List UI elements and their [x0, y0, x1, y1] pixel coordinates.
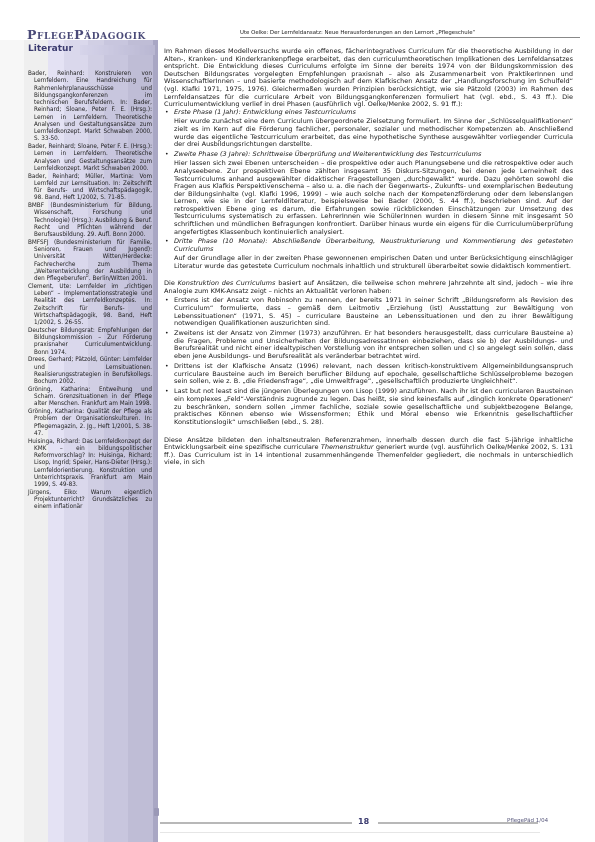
section-title-bar	[80, 45, 155, 55]
phase-body: Auf der Grundlage aller in der zweiten P…	[174, 255, 573, 270]
phase-item: Dritte Phase (10 Monate): Abschließende …	[164, 238, 573, 270]
phase-title: Erste Phase (1 Jahr): Entwicklung eines …	[174, 109, 573, 117]
journal-title: PflegePädagogik	[27, 27, 146, 42]
construction-paragraph: Die Konstruktion des Curriculums basiert…	[164, 280, 573, 295]
reference-item: Drees, Gerhard; Pätzold, Günter: Lernfel…	[28, 357, 152, 386]
phase-body: Hier lassen sich zwei Ebenen unterscheid…	[174, 160, 573, 236]
reference-item: Bader, Reinhard; Sloane, Peter F. E. (Hr…	[28, 144, 152, 173]
sidebar-edge-tab	[154, 808, 159, 816]
closing-paragraph: Diese Ansätze bildeten den inhaltsneutra…	[164, 437, 573, 467]
approach-item: Zweitens ist der Ansatz von Zimmer (1973…	[164, 330, 573, 360]
journal-page: PflegePädagogik Ute Oelke: Der Lernfelda…	[0, 0, 595, 842]
reference-item: Huisinga, Richard: Das Lernfeldkonzept d…	[28, 439, 152, 490]
approach-item: Drittens ist der Klafkische Ansatz (1996…	[164, 363, 573, 386]
phase-item: Zweite Phase (3 Jahre): Schrittweise Übe…	[164, 151, 573, 237]
reference-item: Bader, Reinhard: Konstruieren von Lernfe…	[28, 71, 152, 144]
approach-list: Erstens ist der Ansatz von Robinsohn zu …	[164, 297, 573, 426]
reference-list: Bader, Reinhard: Konstruieren von Lernfe…	[28, 71, 152, 512]
phase-list: Erste Phase (1 Jahr): Entwicklung eines …	[164, 109, 573, 271]
footer-rule-left	[160, 822, 352, 824]
intro-paragraph: Im Rahmen dieses Modellversuchs wurde ei…	[164, 48, 573, 109]
reference-item: Gröning, Katharina: Entweihung und Scham…	[28, 387, 152, 409]
phase-title: Dritte Phase (10 Monate): Abschließende …	[174, 238, 573, 253]
phase-body: Hier wurde zunächst eine dem Curriculum …	[174, 118, 573, 148]
phase-item: Erste Phase (1 Jahr): Entwicklung eines …	[164, 109, 573, 149]
reference-item: Gröning, Katharina: Qualität der Pflege …	[28, 409, 152, 438]
reference-item: Bader, Reinhard; Müller, Martina: Vom Le…	[28, 174, 152, 203]
running-header: Ute Oelke: Der Lernfeldansatz: Neue Hera…	[240, 30, 580, 38]
phase-title: Zweite Phase (3 Jahre): Schrittweise Übe…	[174, 151, 573, 159]
reference-item: Deutscher Bildungsrat: Empfehlungen der …	[28, 328, 152, 357]
sidebar-section-title: Literatur	[28, 44, 73, 54]
reference-item: BMBF (Bundesministerium für Bildung, Wis…	[28, 203, 152, 239]
page-number: 18	[358, 817, 369, 826]
reference-item: BMFSFJ (Bundesministerium für Familie, S…	[28, 240, 152, 284]
article-body: Im Rahmen dieses Modellversuchs wurde ei…	[164, 48, 573, 467]
approach-item: Erstens ist der Ansatz von Robinsohn zu …	[164, 297, 573, 327]
footer-rule-thin	[160, 832, 540, 833]
reference-item: Jürgens, Eiko: Warum eigentlich Projektu…	[28, 490, 152, 512]
issue-label: PflegePäd 1/04	[507, 818, 548, 824]
approach-item: Last but not least sind die jüngeren Übe…	[164, 388, 573, 426]
reference-item: Clement, Ute: Lernfelder im „richtigen L…	[28, 284, 152, 328]
